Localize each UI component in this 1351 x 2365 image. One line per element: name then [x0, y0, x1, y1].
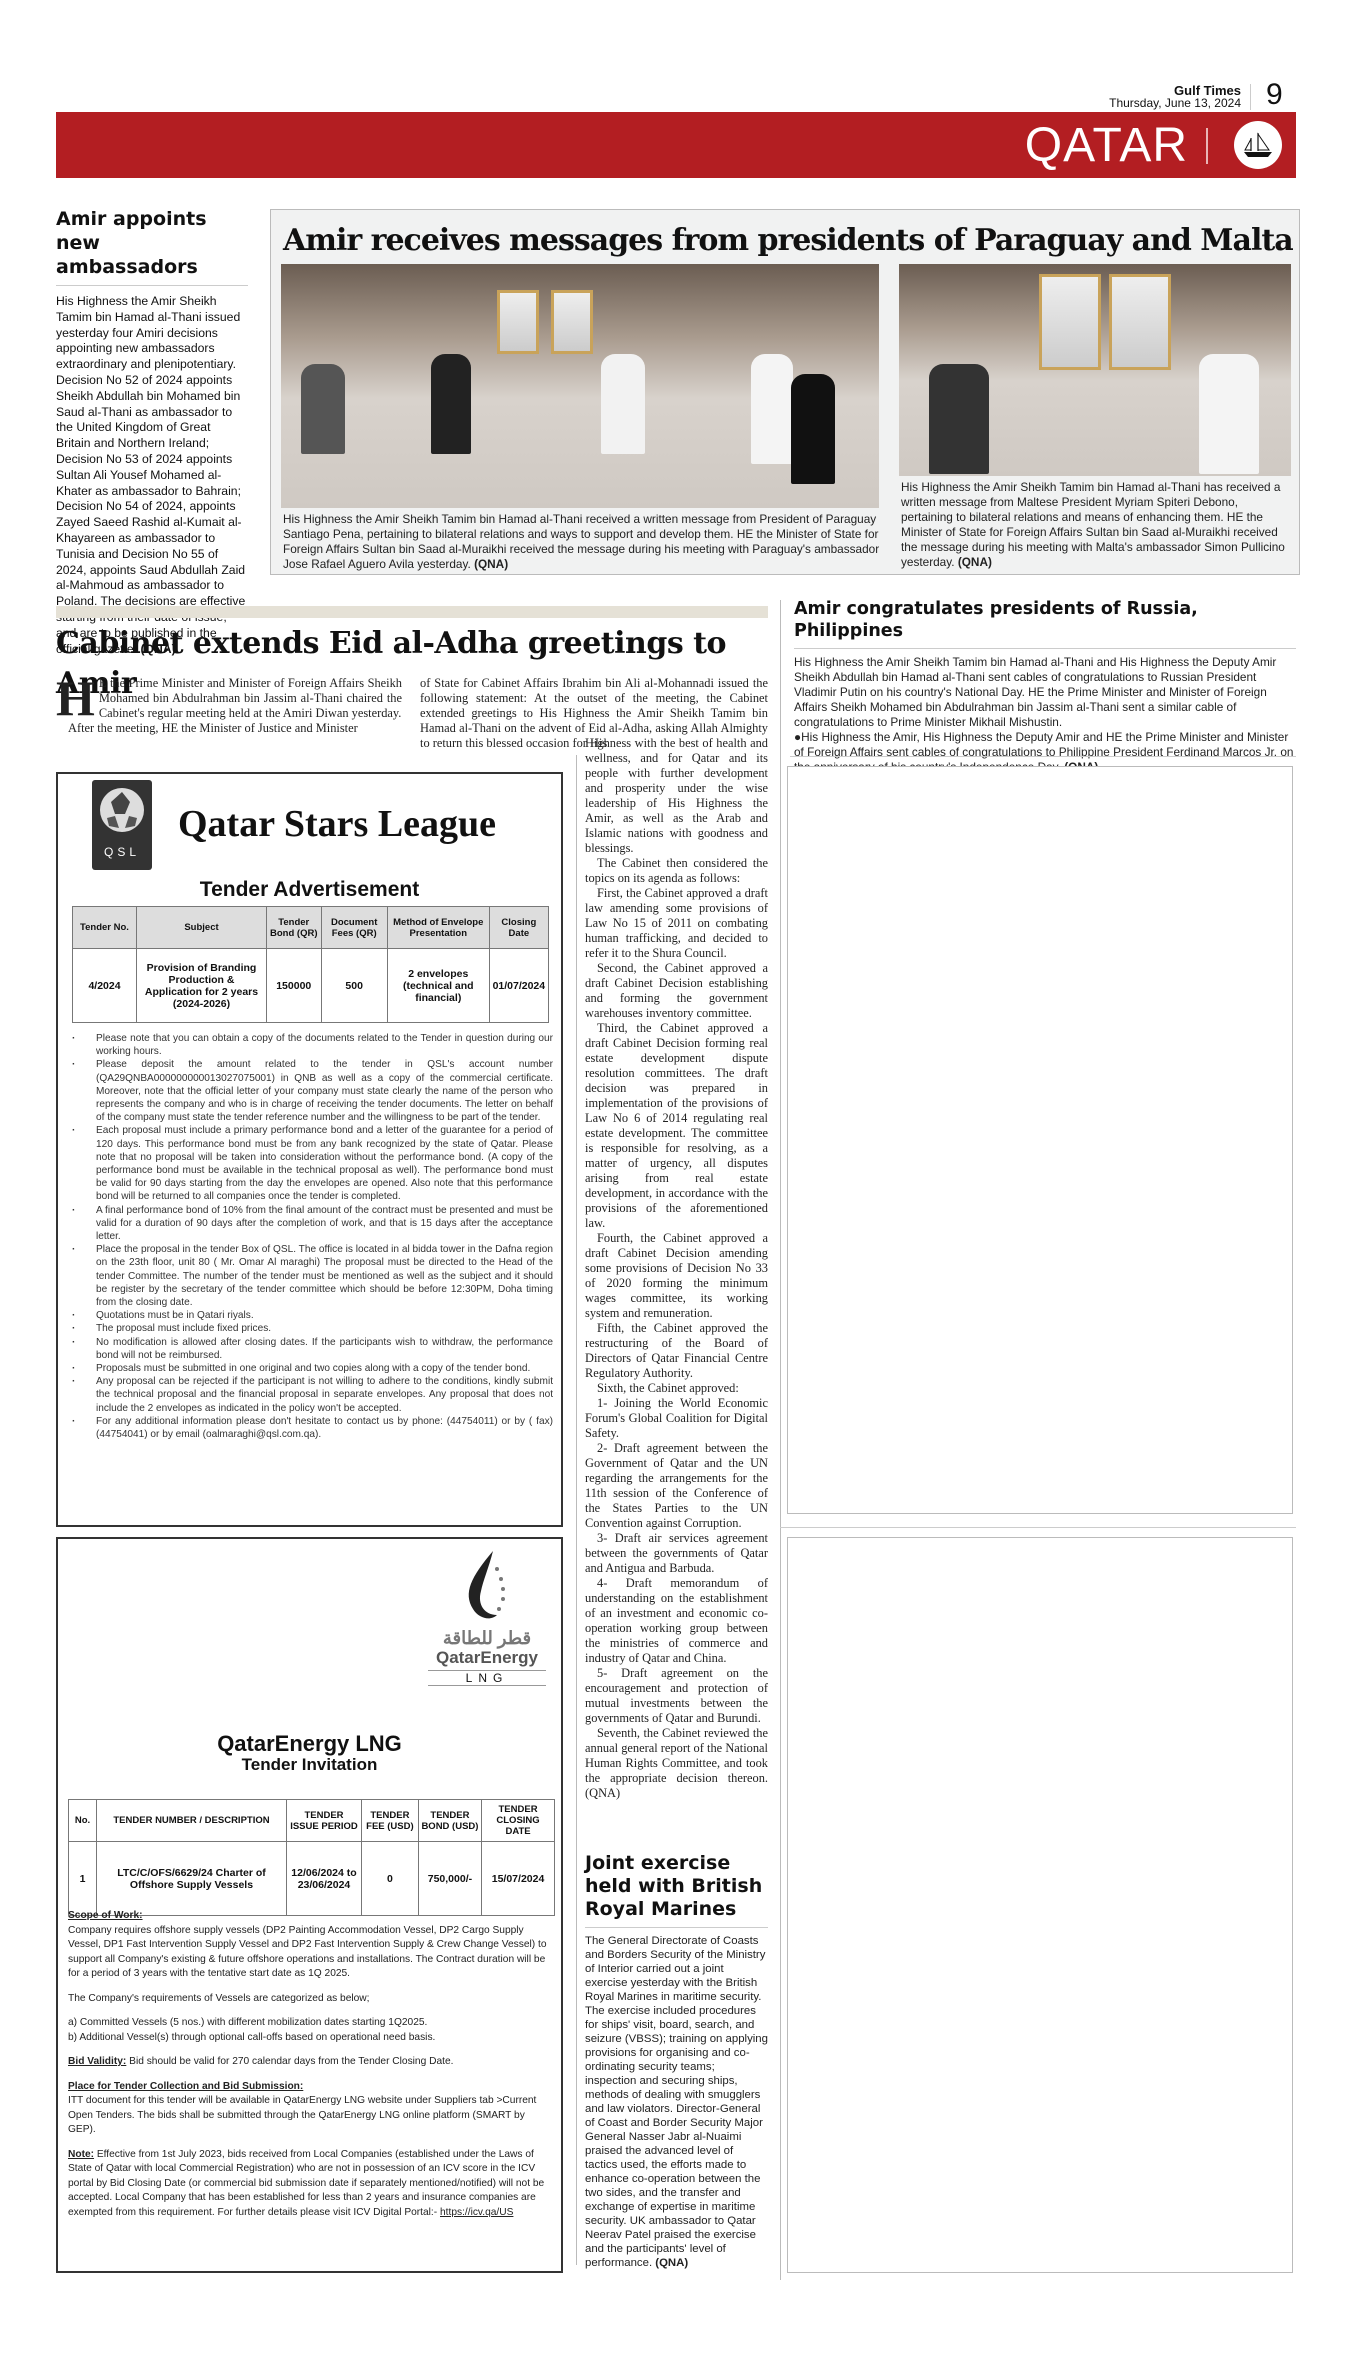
divider — [1250, 84, 1251, 110]
divider — [780, 1527, 1296, 1528]
qsl-tender-ad: QSL Qatar Stars League Tender Advertisem… — [56, 772, 563, 1527]
column-divider — [576, 755, 577, 2265]
story-headline: Joint exercise held with British Royal M… — [585, 1852, 768, 1928]
table-row: 4/2024 Provision of Branding Production … — [73, 949, 549, 1023]
page-number: 9 — [1266, 78, 1283, 112]
divider — [1206, 128, 1208, 164]
story-headline: Amir receives messages from presidents o… — [283, 222, 1293, 260]
cabinet-column-1: HE the Prime Minister and Minister of Fo… — [56, 676, 402, 736]
story-headline: Amir congratulates presidents of Russia,… — [794, 598, 1296, 649]
masthead-meta: Gulf Times Thursday, June 13, 2024 — [1109, 84, 1241, 110]
qatarenergy-tender-ad: قطر للطاقة QatarEnergy LNG QatarEnergy L… — [56, 1537, 563, 2273]
tender-conditions: Please note that you can obtain a copy o… — [68, 1032, 553, 1441]
divider — [790, 756, 1296, 757]
ad-subtitle: Tender Advertisement — [58, 878, 561, 902]
icv-portal-link[interactable]: https://icv.qa/US — [440, 2207, 513, 2218]
qatarenergy-logo: قطر للطاقة QatarEnergy LNG — [428, 1549, 546, 1691]
ad-title: Qatar Stars League — [178, 802, 496, 846]
cabinet-column-3: Highness with the best of health and wel… — [585, 736, 768, 1801]
tender-table: No. TENDER NUMBER / DESCRIPTION TENDER I… — [68, 1799, 555, 1916]
dhow-boat-icon — [1234, 121, 1282, 169]
messages-story: Amir receives messages from presidents o… — [270, 209, 1300, 575]
section-title: QATAR — [1025, 118, 1188, 173]
joint-exercise-story: Joint exercise held with British Royal M… — [585, 1852, 768, 2270]
story-body: His Highness the Amir Sheikh Tamim bin H… — [56, 294, 248, 657]
russia-philippines-story: Amir congratulates presidents of Russia,… — [794, 598, 1296, 775]
ad-subtitle: Tender Invitation — [58, 1755, 561, 1775]
paraguay-meeting-photo — [281, 264, 879, 508]
story-headline: Amir appoints new ambassadors — [56, 207, 248, 286]
section-rule — [56, 606, 768, 618]
blank-ad-space — [787, 1537, 1293, 2273]
ambassadors-story: Amir appoints new ambassadors His Highne… — [56, 207, 248, 657]
malta-caption: His Highness the Amir Sheikh Tamim bin H… — [901, 480, 1293, 570]
paraguay-caption: His Highness the Amir Sheikh Tamim bin H… — [283, 512, 881, 572]
section-banner: QATAR — [56, 112, 1296, 178]
tender-details: Scope of Work:Company requires offshore … — [68, 1909, 555, 2230]
blank-ad-space — [787, 766, 1293, 1514]
issue-date: Thursday, June 13, 2024 — [1109, 97, 1241, 110]
ad-title: QatarEnergy LNG — [58, 1731, 561, 1757]
dropcap: H — [56, 678, 95, 718]
tender-table: Tender No. Subject Tender Bond (QR) Docu… — [72, 906, 549, 1023]
table-row: 1 LTC/C/OFS/6629/24 Charter of Offshore … — [69, 1842, 555, 1916]
qsl-logo: QSL — [92, 780, 152, 870]
malta-meeting-photo — [899, 264, 1291, 476]
column-divider — [780, 600, 781, 2280]
